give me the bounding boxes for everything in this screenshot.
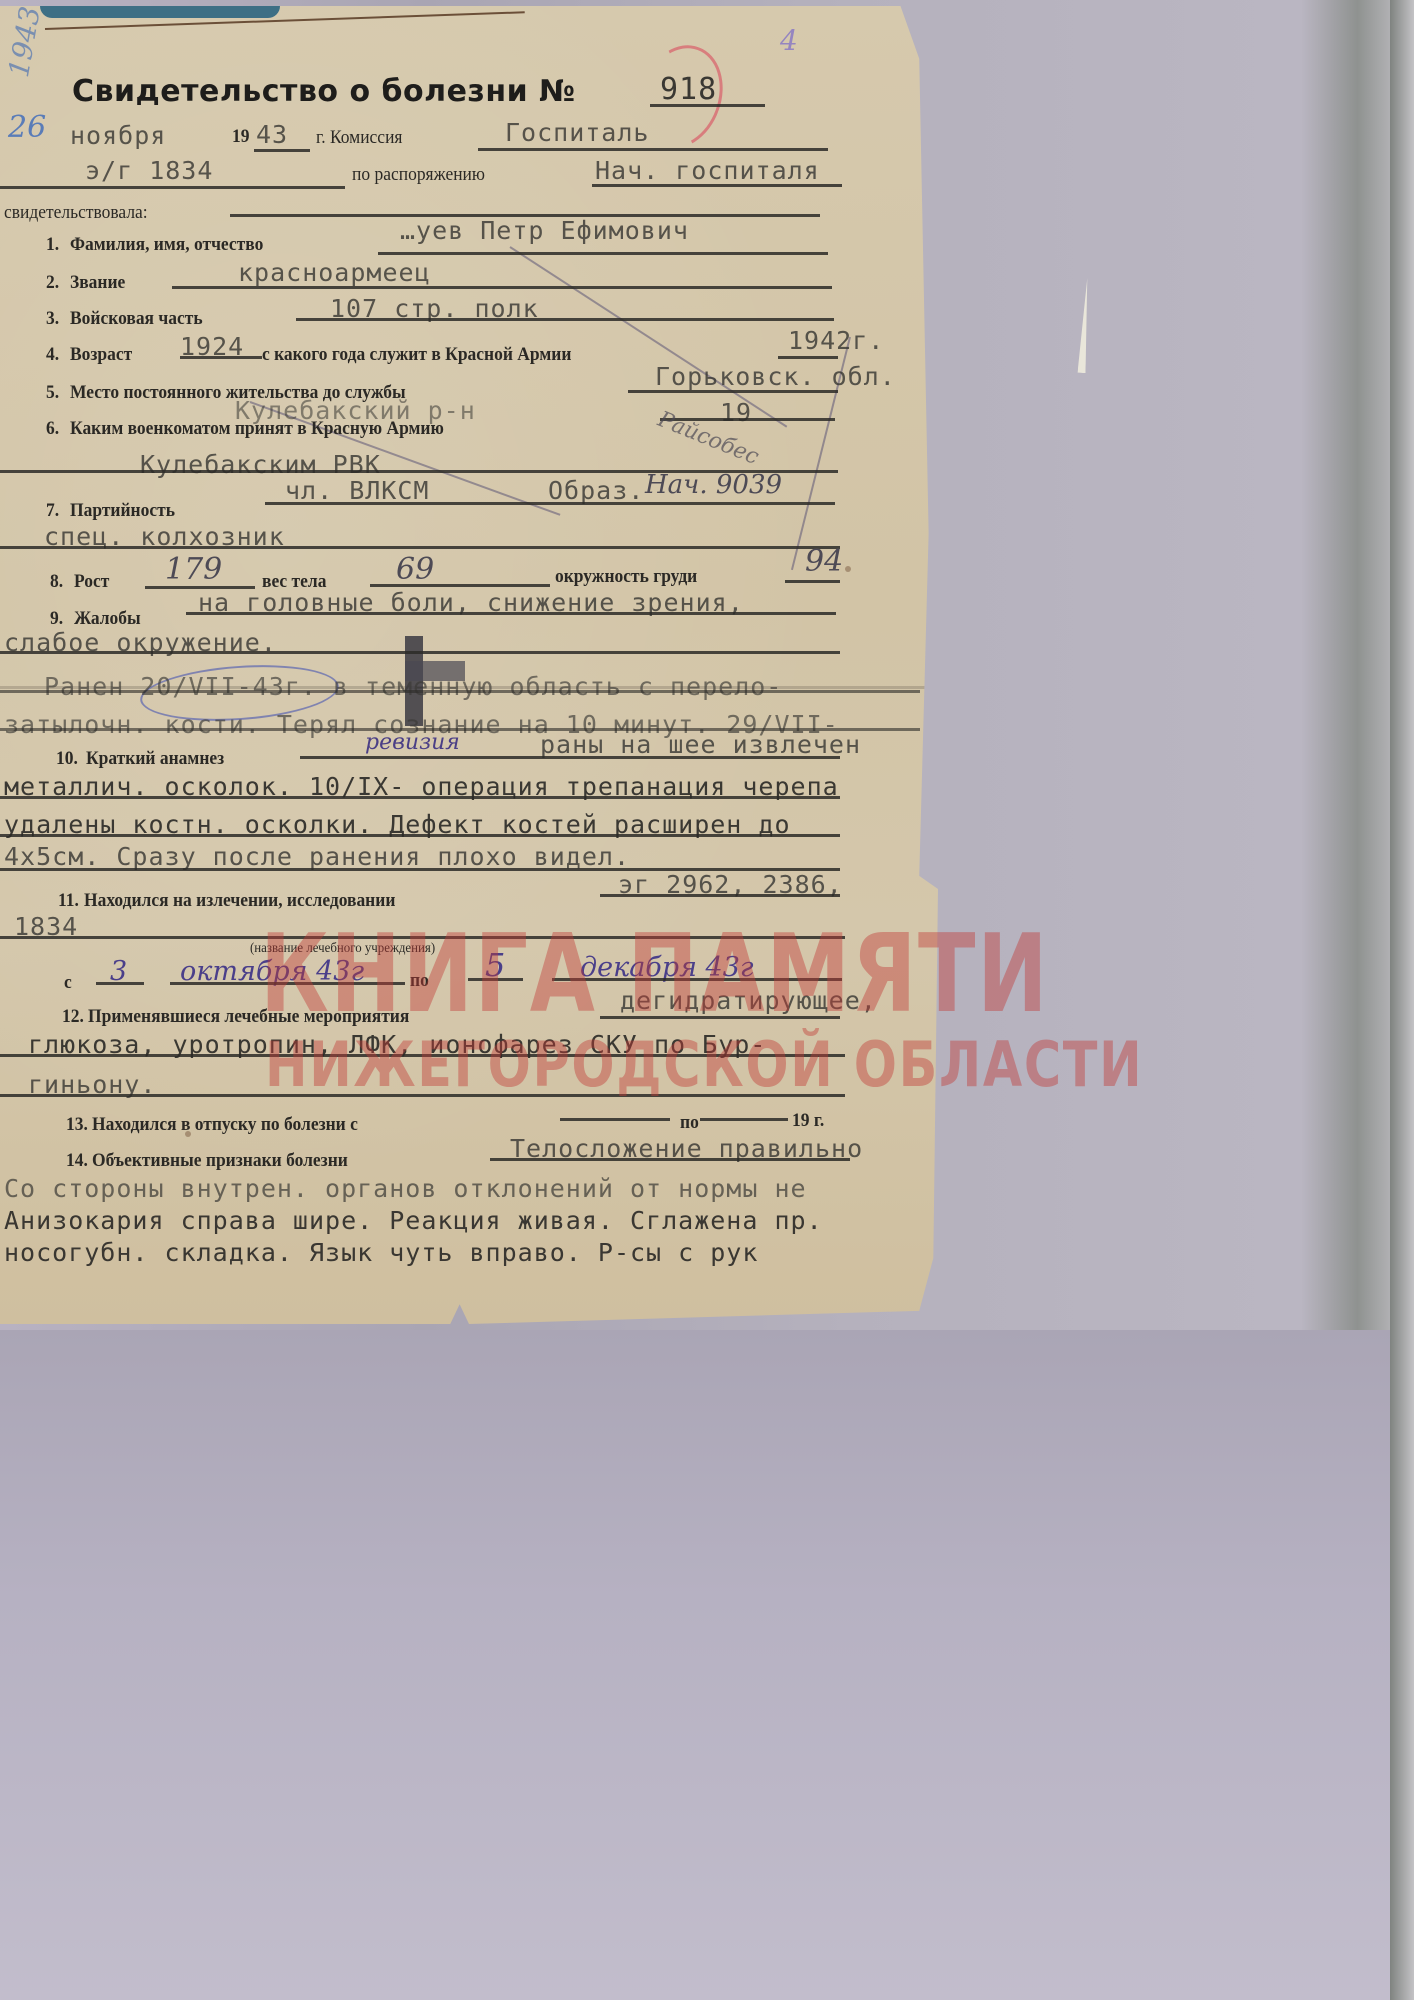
- order-label: по распоряжению: [352, 164, 485, 186]
- field-value-rank: красноармеец: [238, 258, 431, 287]
- hospital-code: э/г 1834: [85, 156, 213, 185]
- document-title: Свидетельство о болезни №: [72, 74, 576, 109]
- corner-mark: 4: [780, 24, 798, 57]
- underline: [300, 756, 840, 759]
- field-label-name: Фамилия, имя, отчество: [70, 234, 263, 256]
- header-month: ноября: [70, 121, 166, 150]
- underline: [600, 894, 840, 897]
- field-number: 12.: [62, 1006, 84, 1028]
- field-label-rank: Звание: [70, 272, 125, 294]
- underline: [378, 252, 828, 255]
- underline: [0, 651, 840, 654]
- field-value-residence: Горьковск. обл.: [655, 362, 896, 391]
- field-value-weight: 69: [396, 552, 434, 587]
- field-value-height: 179: [165, 552, 222, 587]
- scan-edge-strip: [40, 6, 280, 18]
- field-value-party: чл. ВЛКСМ: [285, 476, 429, 505]
- field-number: 11.: [58, 890, 79, 912]
- field-number: 13.: [66, 1114, 88, 1136]
- underline: [0, 796, 840, 799]
- field-label-chest: окружность груди: [555, 566, 697, 588]
- field-label-education: Образ.: [548, 476, 644, 505]
- field-number: 1.: [46, 234, 59, 256]
- underline: [490, 1158, 850, 1161]
- field-label-objective-signs: Объективные признаки болезни: [92, 1150, 348, 1172]
- field-number: 14.: [66, 1150, 88, 1172]
- struck-anamnesis-line: Ранен 20/VII-43г. в теменную область с п…: [44, 672, 782, 701]
- year-suffix: 43: [256, 120, 288, 149]
- field-value-military-office: Кулебакским РВК: [140, 450, 381, 479]
- field-number: 5.: [46, 382, 59, 404]
- certified-label: свидетельствовала:: [4, 202, 148, 224]
- watermark-line-2: НИЖЕГОРОДСКОЙ ОБЛАСТИ: [265, 1028, 1143, 1101]
- underline: [628, 390, 838, 393]
- underline: [265, 502, 835, 505]
- field-value-objective-signs-cont: Со стороны внутрен. органов отклонений о…: [4, 1174, 807, 1203]
- illness-certificate-paper: 1943 26 4 Свидетельство о болезни № 918 …: [0, 6, 938, 1324]
- field-number: 9.: [50, 608, 63, 630]
- underline: [186, 612, 836, 615]
- commission-label: г. Комиссия: [316, 127, 402, 149]
- field-value-service-year: 1942г.: [788, 326, 884, 355]
- scanner-edge: [1390, 0, 1414, 2000]
- year-prefix: 19: [232, 126, 249, 148]
- field-label-treatment-place: Находился на излечении, исследовании: [84, 890, 395, 912]
- field-label-leave: Находился в отпуску по болезни с: [92, 1114, 358, 1136]
- field-value-anamnesis-cont: 4х5см. Сразу после ранения плохо видел.: [4, 842, 630, 871]
- underline: [592, 184, 842, 187]
- underline: [785, 580, 840, 583]
- underline: [96, 982, 144, 985]
- field-number: 8.: [50, 571, 63, 593]
- field-value-name: …уев Петр Ефимович: [400, 216, 689, 245]
- field-value-chest: 94: [805, 544, 843, 579]
- field-label-height: Рост: [74, 571, 109, 593]
- watermark-line-1: КНИГА ПАМЯТИ: [260, 912, 1049, 1037]
- stamp-year: 19: [720, 398, 752, 427]
- underline: [0, 546, 840, 549]
- field-number: 2.: [46, 272, 59, 294]
- underline: [370, 584, 550, 587]
- field-number: 6.: [46, 418, 59, 440]
- underline: [296, 318, 834, 321]
- from-label: с: [64, 972, 72, 994]
- field-number: 4.: [46, 344, 59, 366]
- underline: [650, 104, 765, 107]
- field-value-anamnesis: раны на шее извлечен: [540, 730, 861, 759]
- underline: [180, 356, 262, 359]
- field-label-service-since: с какого года служит в Красной Армии: [262, 344, 571, 366]
- underline: [0, 186, 345, 189]
- field-value-objective-signs-cont: Анизокария справа шире. Реакция живая. С…: [4, 1206, 823, 1235]
- field-number: 7.: [46, 500, 59, 522]
- field-label-anamnesis: Краткий анамнез: [86, 748, 224, 770]
- field-label-party: Партийность: [70, 500, 175, 522]
- underline: [778, 356, 838, 359]
- corner-pencil-note: 1943: [2, 4, 47, 80]
- underline: [254, 149, 310, 152]
- commission-value: Госпиталь: [505, 118, 649, 147]
- paper-fragment: [1078, 278, 1091, 373]
- field-label-military-office: Каким военкоматом принят в Красную Армию: [70, 418, 444, 440]
- leave-to-label: по: [680, 1112, 699, 1134]
- field-number: 3.: [46, 308, 59, 330]
- field-label-complaints: Жалобы: [74, 608, 141, 630]
- field-label-unit: Войсковая часть: [70, 308, 203, 330]
- scanner-bed-background: [0, 1330, 1390, 2000]
- field-label-age: Возраст: [70, 344, 132, 366]
- underline: [478, 148, 828, 151]
- underline: [0, 834, 840, 837]
- corner-day-note: 26: [8, 110, 46, 145]
- leave-year-label: 19 г.: [792, 1110, 824, 1132]
- field-value-objective-signs-cont: носогубн. складка. Язык чуть вправо. Р-с…: [4, 1238, 758, 1267]
- underline: [172, 286, 832, 289]
- underline: [560, 1118, 670, 1121]
- field-number: 10.: [56, 748, 78, 770]
- certificate-number: 918: [660, 72, 717, 107]
- field-value-education: Нач. 9039: [645, 470, 782, 500]
- underline: [700, 1118, 788, 1121]
- order-by: Нач. госпиталя: [595, 156, 820, 185]
- strikethrough: [0, 690, 920, 693]
- paper-speck: [845, 566, 851, 572]
- handwritten-revision-note: ревизия: [365, 730, 460, 755]
